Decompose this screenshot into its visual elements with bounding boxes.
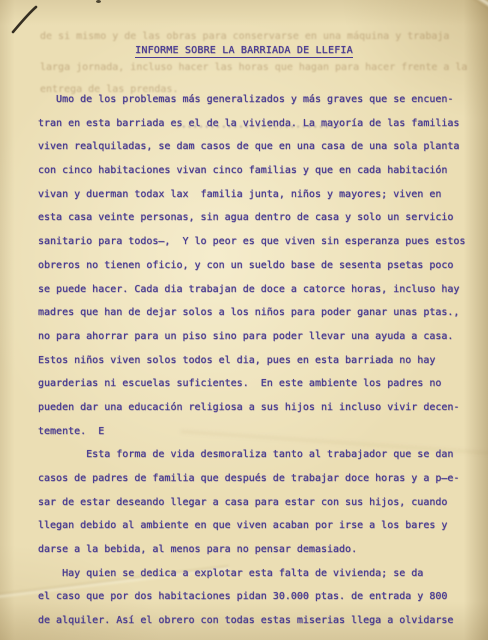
text-line: de alquiler. Así el obrero con todas est… xyxy=(38,609,468,633)
text-line: pueden dar una educación religiosa a sus… xyxy=(38,396,468,420)
text-line: tran en esta barriada es el de la vivien… xyxy=(38,112,468,136)
pen-slash-mark xyxy=(0,0,60,45)
text-line: sar de estar deseando llegar a casa para… xyxy=(38,491,468,515)
text-line: madres que han de dejar solos a los niño… xyxy=(38,301,468,325)
document-body: Umo de los problemas más generalizados y… xyxy=(38,88,468,633)
text-line: darse a la bebida, al menos para no pens… xyxy=(38,538,468,562)
text-line: obreros no tienen oficio, y con un sueld… xyxy=(38,254,468,278)
text-line: temente. E xyxy=(38,420,468,444)
document-page: de si mismo y de las obras para conserva… xyxy=(0,0,488,640)
document-title-text: INFORME SOBRE LA BARRIADA DE LLEFIA xyxy=(135,45,353,58)
text-line: casos de padres de familia que después d… xyxy=(38,467,468,491)
text-line: Esta forma de vida desmoraliza tanto al … xyxy=(38,443,468,467)
document-title: INFORME SOBRE LA BARRIADA DE LLEFIA xyxy=(0,45,488,58)
text-line: con cinco habitaciones vivan cinco famil… xyxy=(38,159,468,183)
text-line: Umo de los problemas más generalizados y… xyxy=(38,88,468,112)
ghost-bleed-line: larga jornada, incluso hacer las horas q… xyxy=(40,62,467,73)
text-line: viven realquiladas, se dam casos de que … xyxy=(38,135,468,159)
text-line: no para ahorrar para un piso sino para p… xyxy=(38,325,468,349)
text-line: llegan debido al ambiente en que viven a… xyxy=(38,514,468,538)
ghost-bleed-line: de si mismo y de las obras para conserva… xyxy=(40,31,449,42)
text-line: se puede hacer. Cada dia trabajan de doc… xyxy=(38,278,468,302)
text-line: guarderias ni escuelas suficientes. En e… xyxy=(38,372,468,396)
text-line: sanitario para todos̶, Y lo peor es que … xyxy=(38,230,468,254)
text-line: Estos niños viven solos todos el dia, pu… xyxy=(38,349,468,373)
text-line: el caso que por dos habitaciones pidan 3… xyxy=(38,585,468,609)
text-line: Hay quien se dedica a explotar esta falt… xyxy=(38,562,468,586)
paper-crease-top-right xyxy=(382,0,488,34)
text-line: esta casa veinte personas, sin agua dent… xyxy=(38,206,468,230)
ink-speck xyxy=(96,0,101,3)
text-line: vivan y duerman todax lax familia junta,… xyxy=(38,183,468,207)
